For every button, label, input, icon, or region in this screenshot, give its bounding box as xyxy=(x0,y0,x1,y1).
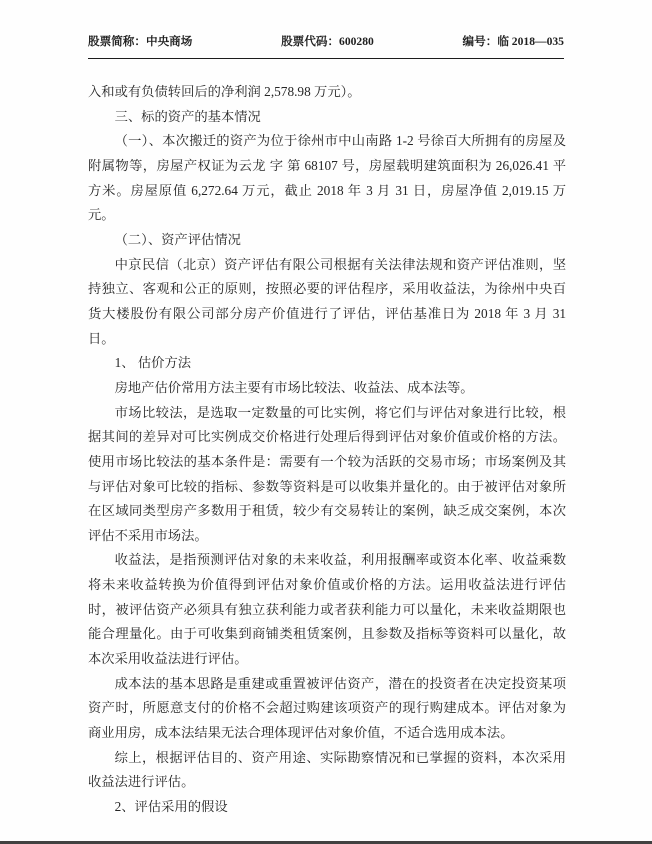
paragraph-appraisal-heading: （二）、资产评估情况 xyxy=(88,228,566,253)
paragraph-income-method: 收益法，是指预测评估对象的未来收益，利用报酬率或资本化率、收益乘数将未来收益转换… xyxy=(88,548,566,671)
paragraph-method-overview: 房地产估价常用方法主要有市场比较法、收益法、成本法等。 xyxy=(88,376,566,401)
paragraph-section-3-heading: 三、标的资产的基本情况 xyxy=(88,105,566,130)
header-doc-number: 编号：临 2018—035 xyxy=(463,33,564,49)
paragraph-appraiser-statement: 中京民信（北京）资产评估有限公司根据有关法律法规和资产评估准则，坚持独立、客观和… xyxy=(88,253,566,352)
paragraph-assumptions-heading: 2、评估采用的假设 xyxy=(88,795,566,820)
header-stock-name: 股票简称：中央商场 xyxy=(88,33,192,49)
document-header: 股票简称：中央商场 股票代码：600280 编号：临 2018—035 xyxy=(88,33,564,59)
paragraph-cost-method: 成本法的基本思路是重建或重置被评估资产，潜在的投资者在决定投资某项资产时，所愿意… xyxy=(88,672,566,746)
document-body: 入和或有负债转回后的净利润 2,578.98 万元）。 三、标的资产的基本情况 … xyxy=(88,80,566,820)
paragraph-market-comparison-method: 市场比较法，是选取一定数量的可比实例，将它们与评估对象进行比较，根据其间的差异对… xyxy=(88,401,566,549)
paragraph-continuation: 入和或有负债转回后的净利润 2,578.98 万元）。 xyxy=(88,80,566,105)
document-page: 股票简称：中央商场 股票代码：600280 编号：临 2018—035 入和或有… xyxy=(0,0,652,844)
paragraph-asset-description: （一）、本次搬迁的资产为位于徐州市中山南路 1-2 号徐百大所拥有的房屋及附属物… xyxy=(88,129,566,228)
paragraph-valuation-method-heading: 1、 估价方法 xyxy=(88,351,566,376)
header-stock-code: 股票代码：600280 xyxy=(281,33,374,49)
paragraph-conclusion: 综上，根据评估目的、资产用途、实际勘察情况和已掌握的资料，本次采用收益法进行评估… xyxy=(88,746,566,795)
